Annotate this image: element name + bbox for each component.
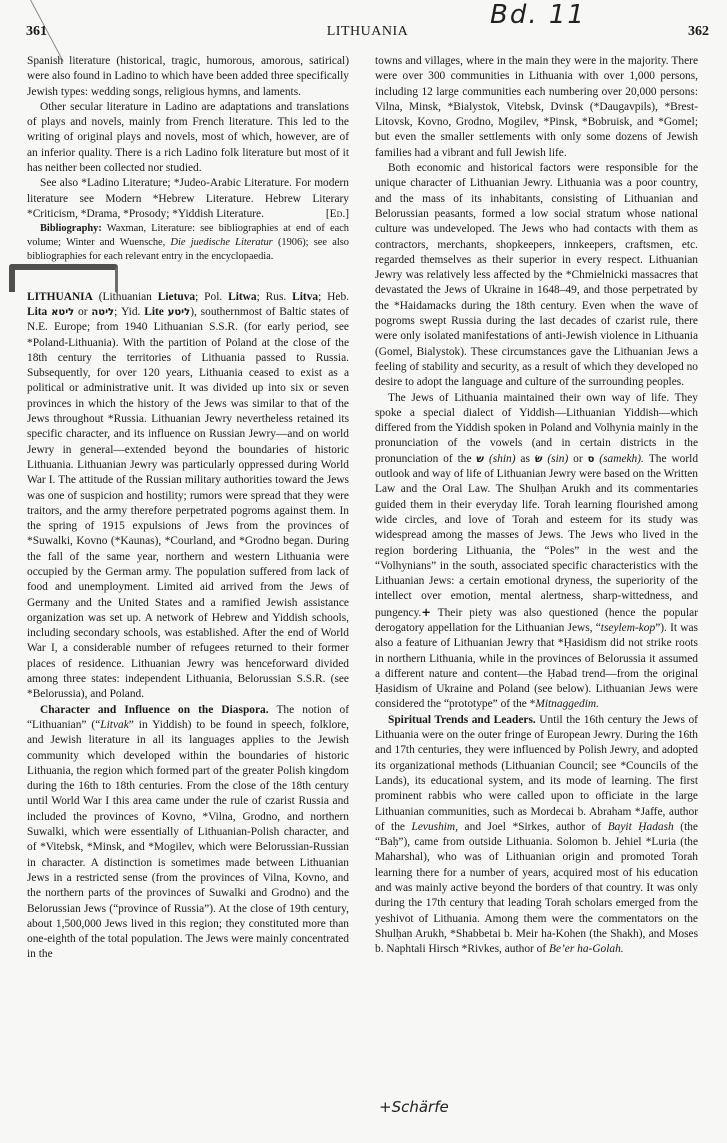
paragraph: Spanish literature (historical, tragic, … xyxy=(27,54,349,100)
page-header: 361 LITHUANIA 362 xyxy=(26,20,709,42)
editor-signature: [Ed.] xyxy=(313,207,349,222)
see-also-paragraph: See also *Ladino Literature; *Judeo-Arab… xyxy=(27,176,349,222)
section-character-influence: Character and Influence on the Diaspora.… xyxy=(27,703,349,963)
encyclopedia-page: 361 LITHUANIA 362 Bd. 11 Spanish literat… xyxy=(0,0,727,1143)
left-column: Spanish literature (historical, tragic, … xyxy=(27,54,349,963)
section-spiritual-trends: Spiritual Trends and Leaders. Until the … xyxy=(375,713,698,958)
right-column: towns and villages, where in the main th… xyxy=(375,54,698,958)
hebrew-letter-shin: ש xyxy=(476,454,484,465)
hebrew-letter-samekh: ס xyxy=(588,454,595,465)
paragraph: towns and villages, where in the main th… xyxy=(375,54,698,161)
entry-separator xyxy=(27,264,349,290)
handwritten-cross-mark: + xyxy=(421,605,431,619)
handwritten-volume-annotation: Bd. 11 xyxy=(490,0,586,30)
hebrew-letter-sin: שׂ xyxy=(535,454,543,465)
section-heading: Spiritual Trends and Leaders. xyxy=(388,714,536,726)
paragraph: Other secular literature in Ladino are a… xyxy=(27,100,349,176)
hebrew-script: ליטה xyxy=(91,307,114,318)
yiddish-script: ליטע xyxy=(168,307,190,318)
page-number-right: 362 xyxy=(688,24,709,40)
entry-lithuania: LITHUANIA (Lithuanian Lietuva; Pol. Litw… xyxy=(27,290,349,703)
handwritten-margin-note: +Schärfe xyxy=(379,1098,449,1116)
paragraph: Both economic and historical factors wer… xyxy=(375,161,698,390)
highlighter-bracket-mark xyxy=(9,264,118,292)
paragraph: The Jews of Lithuania maintained their o… xyxy=(375,391,698,713)
bibliography-label: Bibliography: xyxy=(40,223,102,234)
section-heading: Character and Influence on the Diaspora. xyxy=(40,704,269,716)
entry-headword: LITHUANIA xyxy=(27,291,93,303)
bibliography: Bibliography: Waxman, Literature: see bi… xyxy=(27,222,349,263)
running-title: LITHUANIA xyxy=(26,24,709,40)
hebrew-script: ליטא xyxy=(51,307,74,318)
